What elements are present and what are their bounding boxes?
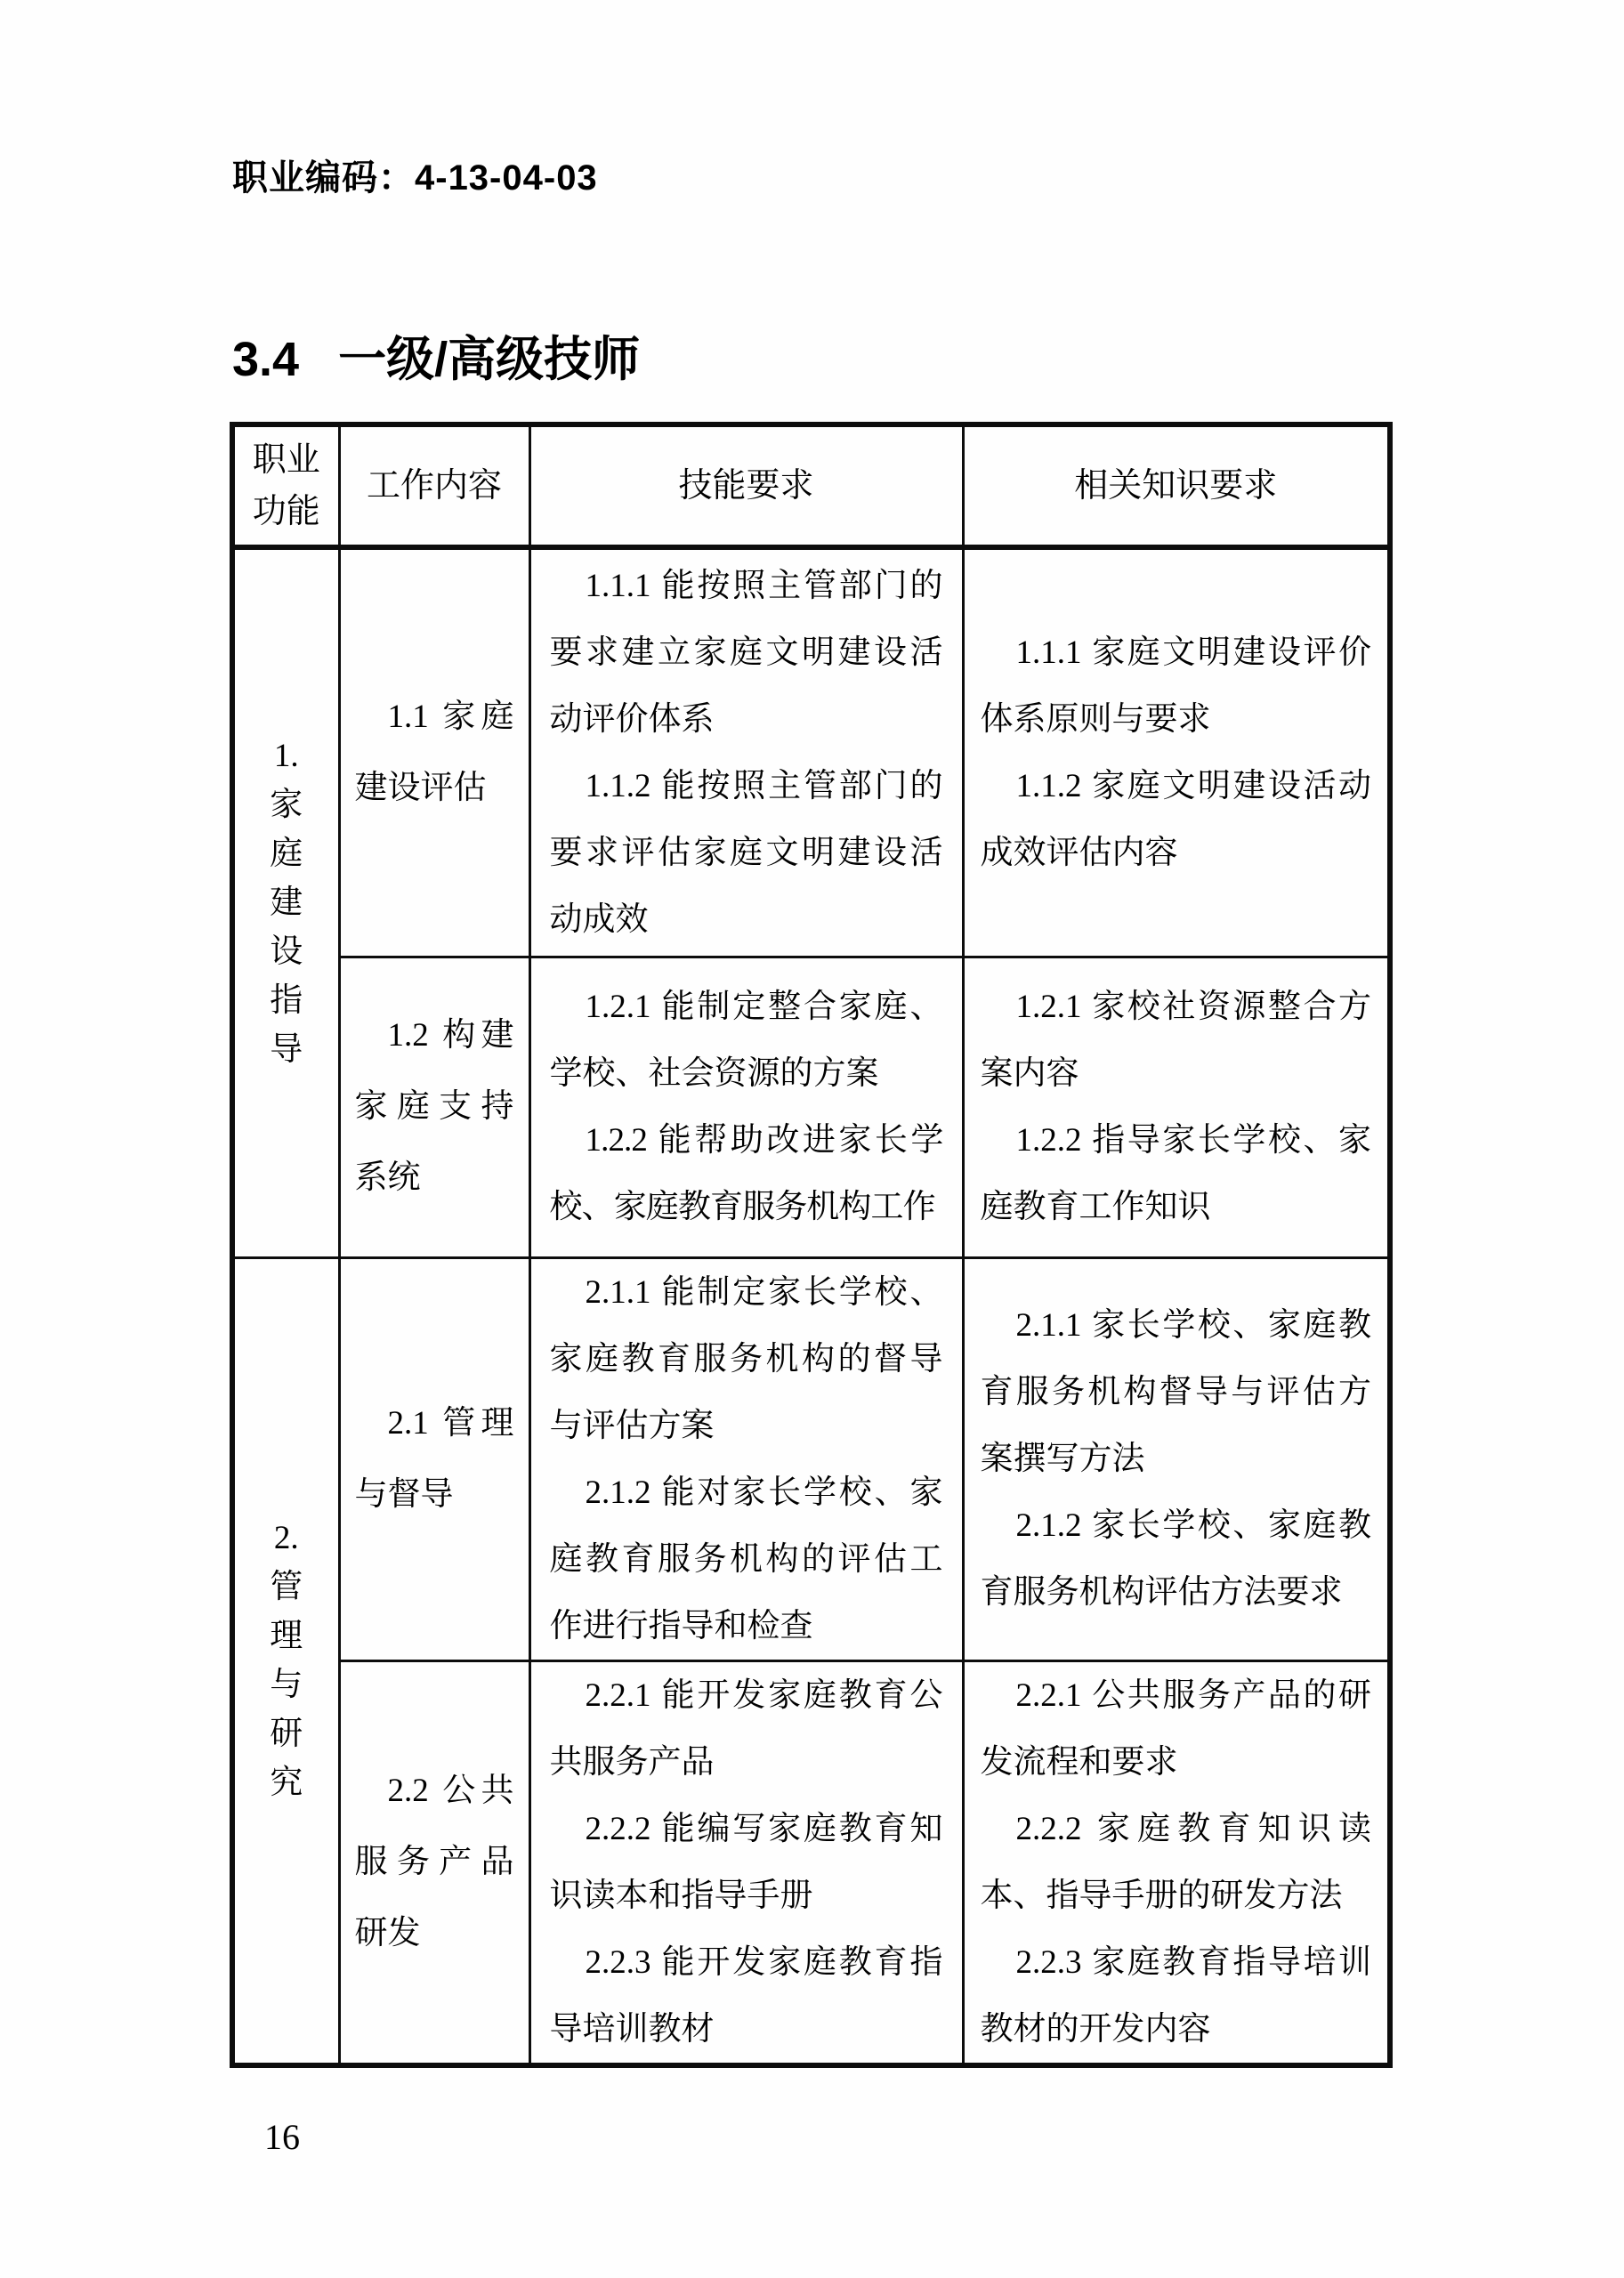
knowledge-item: 1.2.1 家校社资源整合方案内容 [981, 973, 1372, 1107]
knowledge-item: 2.2.3 家庭教育指导培训教材的开发内容 [981, 1929, 1372, 2063]
function-char: 2. [274, 1514, 299, 1563]
knowledge-requirements-cell: 2.1.1 家长学校、家庭教育服务机构督导与评估方案撰写方法 2.1.2 家长学… [963, 1257, 1390, 1660]
skill-item: 1.2.1 能制定整合家庭、学校、社会资源的方案 [550, 973, 943, 1107]
knowledge-requirements-cell: 2.2.1 公共服务产品的研发流程和要求 2.2.2 家庭教育知识读本、指导手册… [963, 1660, 1390, 2065]
knowledge-item: 2.2.1 公共服务产品的研发流程和要求 [981, 1662, 1372, 1796]
section-number: 3.4 [232, 331, 299, 388]
skill-requirements-cell: 1.2.1 能制定整合家庭、学校、社会资源的方案 1.2.2 能帮助改进家长学校… [529, 957, 963, 1257]
skill-item: 2.1.2 能对家长学校、家庭教育服务机构的评估工作进行指导和检查 [550, 1459, 943, 1660]
function-char: 导 [270, 1025, 303, 1074]
function-char: 研 [270, 1709, 303, 1758]
function-char: 庭 [270, 829, 303, 878]
table-row: 1.2 构建家庭支持系统 1.2.1 能制定整合家庭、学校、社会资源的方案 1.… [232, 957, 1390, 1257]
skill-requirements-cell: 2.1.1 能制定家长学校、家庭教育服务机构的督导与评估方案 2.1.2 能对家… [529, 1257, 963, 1660]
skill-item: 2.1.1 能制定家长学校、家庭教育服务机构的督导与评估方案 [550, 1259, 943, 1459]
section-title: 3.4一级/高级技师 [232, 331, 1624, 388]
skill-requirements-cell: 1.1.1 能按照主管部门的要求建立家庭文明建设活动评价体系 1.1.2 能按照… [529, 547, 963, 957]
work-content-cell: 2.2 公共服务产品研发 [339, 1660, 529, 2065]
function-cell-family-building: 1. 家 庭 建 设 指 导 [232, 547, 339, 1257]
work-content-cell: 1.1 家庭建设评估 [339, 547, 529, 957]
knowledge-item: 2.2.2 家庭教育知识读本、指导手册的研发方法 [981, 1796, 1372, 1929]
skill-item: 2.2.3 能开发家庭教育指导培训教材 [550, 1929, 943, 2063]
vertical-function-label: 2. 管 理 与 研 究 [236, 1514, 337, 1807]
function-char: 究 [270, 1758, 303, 1807]
knowledge-item: 2.1.2 家长学校、家庭教育服务机构评估方法要求 [981, 1492, 1372, 1626]
skill-item: 1.1.2 能按照主管部门的要求评估家庭文明建设活动成效 [550, 753, 943, 953]
function-char: 建 [270, 878, 303, 927]
skill-item: 2.2.1 能开发家庭教育公共服务产品 [550, 1662, 943, 1796]
function-char: 管 [270, 1563, 303, 1612]
table-header-row: 职业功能 工作内容 技能要求 相关知识要求 [232, 424, 1390, 547]
page-number: 16 [264, 2116, 1624, 2159]
occupation-code-header: 职业编码：4-13-04-03 [232, 157, 1624, 199]
column-header-skill: 技能要求 [529, 424, 963, 547]
function-char: 1. [274, 731, 299, 780]
work-content-label: 2.1 管理与督导 [355, 1388, 514, 1531]
function-char: 家 [270, 780, 303, 829]
column-header-function: 职业功能 [232, 424, 339, 547]
knowledge-item: 1.1.1 家庭文明建设评价体系原则与要求 [981, 619, 1372, 753]
skill-item: 2.2.2 能编写家庭教育知识读本和指导手册 [550, 1796, 943, 1929]
document-page: 职业编码：4-13-04-03 3.4一级/高级技师 职业功能 工作内容 技能要… [0, 0, 1624, 2278]
knowledge-item: 2.1.1 家长学校、家庭教育服务机构督导与评估方案撰写方法 [981, 1292, 1372, 1492]
skill-item: 1.1.1 能按照主管部门的要求建立家庭文明建设活动评价体系 [550, 553, 943, 753]
work-content-cell: 1.2 构建家庭支持系统 [339, 957, 529, 1257]
work-content-label: 1.2 构建家庭支持系统 [355, 1000, 514, 1214]
work-content-label: 1.1 家庭建设评估 [355, 682, 514, 824]
skill-requirements-table: 职业功能 工作内容 技能要求 相关知识要求 1. 家 庭 建 设 指 导 [230, 422, 1393, 2068]
knowledge-requirements-cell: 1.1.1 家庭文明建设评价体系原则与要求 1.1.2 家庭文明建设活动成效评估… [963, 547, 1390, 957]
column-header-knowledge: 相关知识要求 [963, 424, 1390, 547]
knowledge-item: 1.2.2 指导家长学校、家庭教育工作知识 [981, 1107, 1372, 1240]
knowledge-item: 1.1.2 家庭文明建设活动成效评估内容 [981, 753, 1372, 886]
work-content-label: 2.2 公共服务产品研发 [355, 1756, 514, 1969]
function-char: 指 [270, 976, 303, 1025]
section-name: 一级/高级技师 [338, 333, 640, 386]
vertical-function-label: 1. 家 庭 建 设 指 导 [236, 731, 337, 1074]
knowledge-requirements-cell: 1.2.1 家校社资源整合方案内容 1.2.2 指导家长学校、家庭教育工作知识 [963, 957, 1390, 1257]
skill-requirements-cell: 2.2.1 能开发家庭教育公共服务产品 2.2.2 能编写家庭教育知识读本和指导… [529, 1660, 963, 2065]
function-cell-management-research: 2. 管 理 与 研 究 [232, 1257, 339, 2065]
table-row: 2. 管 理 与 研 究 2.1 管理与督导 2.1.1 能制定家长学校、家庭教… [232, 1257, 1390, 1660]
work-content-cell: 2.1 管理与督导 [339, 1257, 529, 1660]
function-char: 与 [270, 1660, 303, 1709]
column-header-work: 工作内容 [339, 424, 529, 547]
table-row: 2.2 公共服务产品研发 2.2.1 能开发家庭教育公共服务产品 2.2.2 能… [232, 1660, 1390, 2065]
function-char: 设 [270, 927, 303, 976]
function-char: 理 [270, 1612, 303, 1660]
skill-item: 1.2.2 能帮助改进家长学校、家庭教育服务机构工作 [550, 1107, 943, 1240]
table-row: 1. 家 庭 建 设 指 导 1.1 家庭建设评估 1.1.1 能按照主管部门的… [232, 547, 1390, 957]
